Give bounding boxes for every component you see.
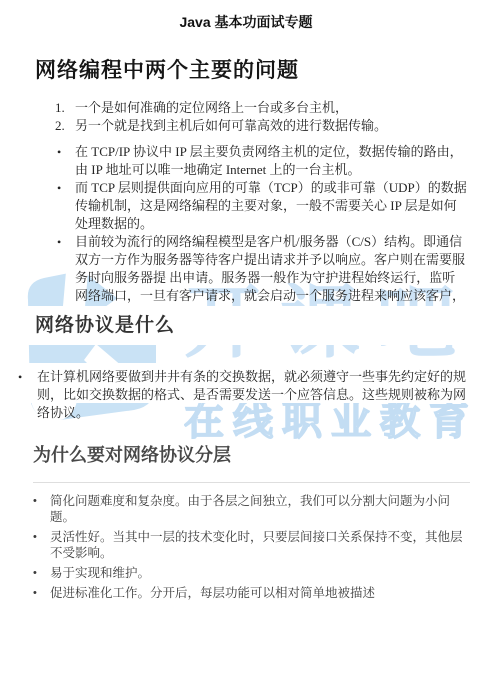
list-number: 1. [55,99,75,117]
list-text: 易于实现和维护。 [50,565,470,581]
list-number: 2. [55,117,75,135]
bullet-list-tcp-ip: • 在 TCP/IP 协议中 IP 层主要负责网络主机的定位，数据传输的路由，由… [57,143,467,323]
section-heading-network-programming: 网络编程中两个主要的问题 [35,54,465,84]
list-item: • 在 TCP/IP 协议中 IP 层主要负责网络主机的定位，数据传输的路由，由… [57,143,467,179]
list-text: 在计算机网络要做到井井有条的交换数据，就必须遵守一些事先约定好的规则，比如交换数… [37,368,472,422]
list-text: 促进标准化工作。分开后，每层功能可以相对简单地被描述 [50,585,470,601]
list-text: 灵活性好。当其中一层的技术变化时，只要层间接口关系保持不变，其他层不受影响。 [50,529,470,561]
list-item: • 简化问题难度和复杂度。由于各层之间独立，我们可以分割大问题为小问题。 [33,493,470,525]
list-item: 1. 一个是如何准确的定位网络上一台或多台主机， [55,99,467,117]
list-text: 而 TCP 层则提供面向应用的可靠（TCP）的或非可靠（UDP）的数据传输机制，… [75,179,467,233]
bullet-icon: • [33,585,50,601]
numbered-list: 1. 一个是如何准确的定位网络上一台或多台主机， 2. 另一个就是找到主机后如何… [55,99,467,135]
bullet-icon: • [33,529,50,561]
bullet-icon: • [33,493,50,525]
document-page: 开课吧 在线职业教育 Java 基本功面试专题 网络编程中两个主要的问题 1. … [0,0,492,694]
list-item: • 在计算机网络要做到井井有条的交换数据，就必须遵守一些事先约定好的规则，比如交… [18,368,472,422]
list-item: • 灵活性好。当其中一层的技术变化时，只要层间接口关系保持不变，其他层不受影响。 [33,529,470,561]
bullet-icon: • [18,368,37,422]
list-text: 一个是如何准确的定位网络上一台或多台主机， [75,99,467,117]
list-text: 简化问题难度和复杂度。由于各层之间独立，我们可以分割大问题为小问题。 [50,493,470,525]
list-item: • 而 TCP 层则提供面向应用的可靠（TCP）的或非可靠（UDP）的数据传输机… [57,179,467,233]
bullet-icon: • [57,143,75,179]
doc-title: Java 基本功面试专题 [0,12,492,32]
list-text: 在 TCP/IP 协议中 IP 层主要负责网络主机的定位，数据传输的路由，由 I… [75,143,467,179]
section-heading-network-protocol: 网络协议是什么 [14,306,478,345]
bullet-list-protocol: • 在计算机网络要做到井井有条的交换数据，就必须遵守一些事先约定好的规则，比如交… [14,363,478,403]
bullet-icon: • [57,179,75,233]
bullet-list-layering: • 简化问题难度和复杂度。由于各层之间独立，我们可以分割大问题为小问题。 • 灵… [33,493,470,605]
heading-divider [33,482,470,483]
section-heading-protocol-layering: 为什么要对网络协议分层 [33,441,470,467]
list-item: • 促进标准化工作。分开后，每层功能可以相对简单地被描述 [33,585,470,601]
bullet-icon: • [33,565,50,581]
list-item: • 易于实现和维护。 [33,565,470,581]
list-text: 另一个就是找到主机后如何可靠高效的进行数据传输。 [75,117,467,135]
list-item: 2. 另一个就是找到主机后如何可靠高效的进行数据传输。 [55,117,467,135]
